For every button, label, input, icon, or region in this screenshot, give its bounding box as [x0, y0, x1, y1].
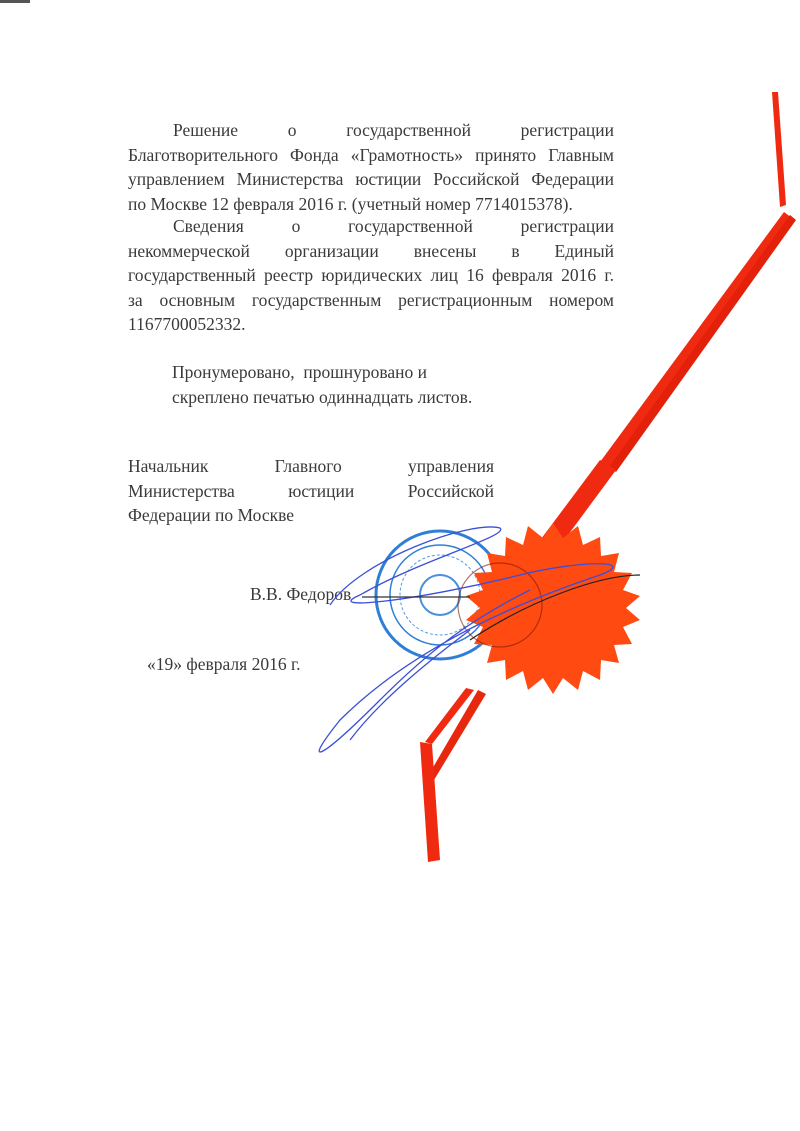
- seal-and-ribbon-graphics: [0, 0, 800, 1131]
- ribbon-icon: [420, 92, 796, 862]
